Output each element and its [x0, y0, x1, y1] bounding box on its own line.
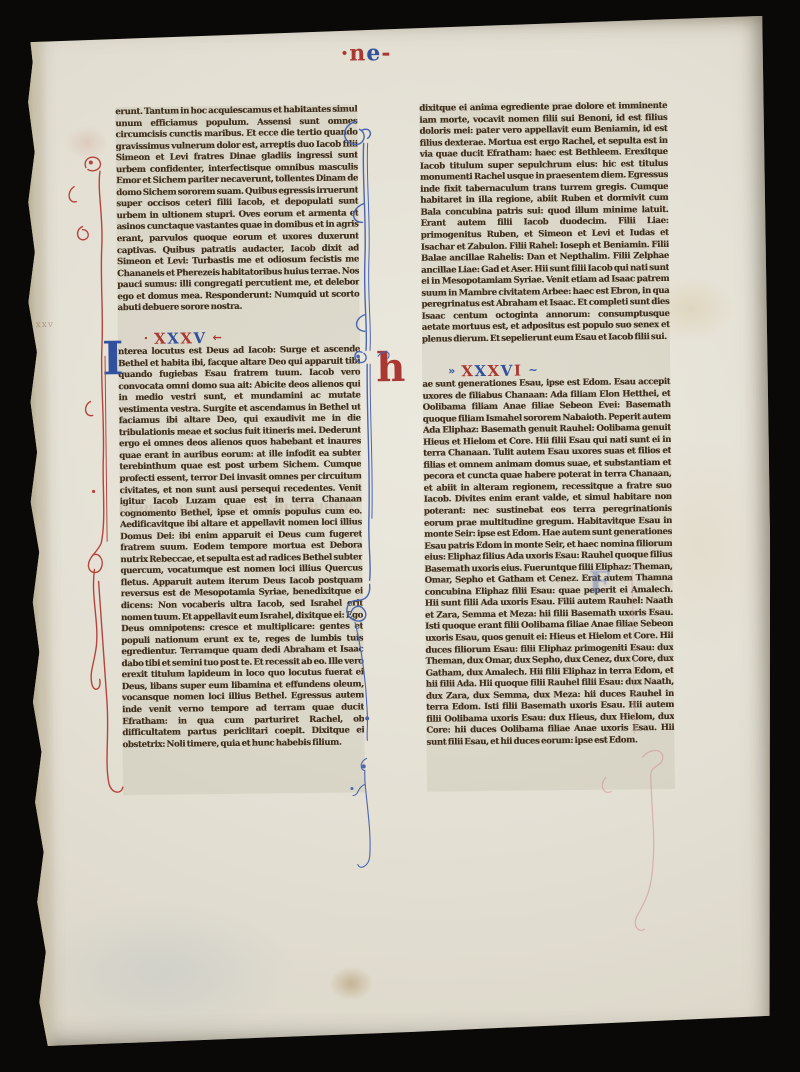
- body-text-gen34: erunt. Tantum in hoc acquiescamus et hab…: [115, 104, 360, 329]
- text-column-left: erunt. Tantum in hoc acquiescamus et hab…: [115, 104, 365, 795]
- offset-ghost-initial: F: [588, 566, 610, 601]
- illuminated-initial-i: I: [102, 335, 124, 381]
- illuminated-initial-h: h: [376, 348, 406, 388]
- red-margin-flourish: [69, 157, 123, 793]
- manuscript-photo: ·ne- erunt. Tantum in hoc acquiescamus e…: [0, 0, 800, 1072]
- deckled-binding-edge: [22, 22, 58, 1050]
- running-header: ·ne-: [340, 40, 391, 67]
- quire-mark: xxv: [36, 320, 54, 330]
- parchment-leaf: ·ne- erunt. Tantum in hoc acquiescamus e…: [22, 14, 776, 1050]
- body-text-gen36: ae sunt generationes Esau, ipse est Edom…: [422, 377, 675, 792]
- rubric-paraph-mark: ·: [144, 331, 148, 344]
- body-text-gen35-end: dixitque ei anima egrediente prae dolore…: [419, 101, 670, 362]
- body-text-gen35: nterea locutus est Deus ad Iacob: Surge …: [118, 344, 365, 795]
- parchment-stain: [65, 125, 107, 159]
- parchment-shadow: [32, 899, 294, 1042]
- rubric-paraph-mark: »: [448, 364, 455, 377]
- text-column-right: dixitque ei anima egrediente prae dolore…: [419, 101, 675, 792]
- chapter-number-xxxv: XXXV: [154, 328, 207, 348]
- parchment-stain: [329, 966, 373, 1000]
- rubric-arrow-mark: ←: [212, 330, 221, 343]
- rubric-squiggle-mark: ∼: [528, 363, 537, 376]
- chapter-number-xxxvi: XXXVI: [461, 360, 522, 380]
